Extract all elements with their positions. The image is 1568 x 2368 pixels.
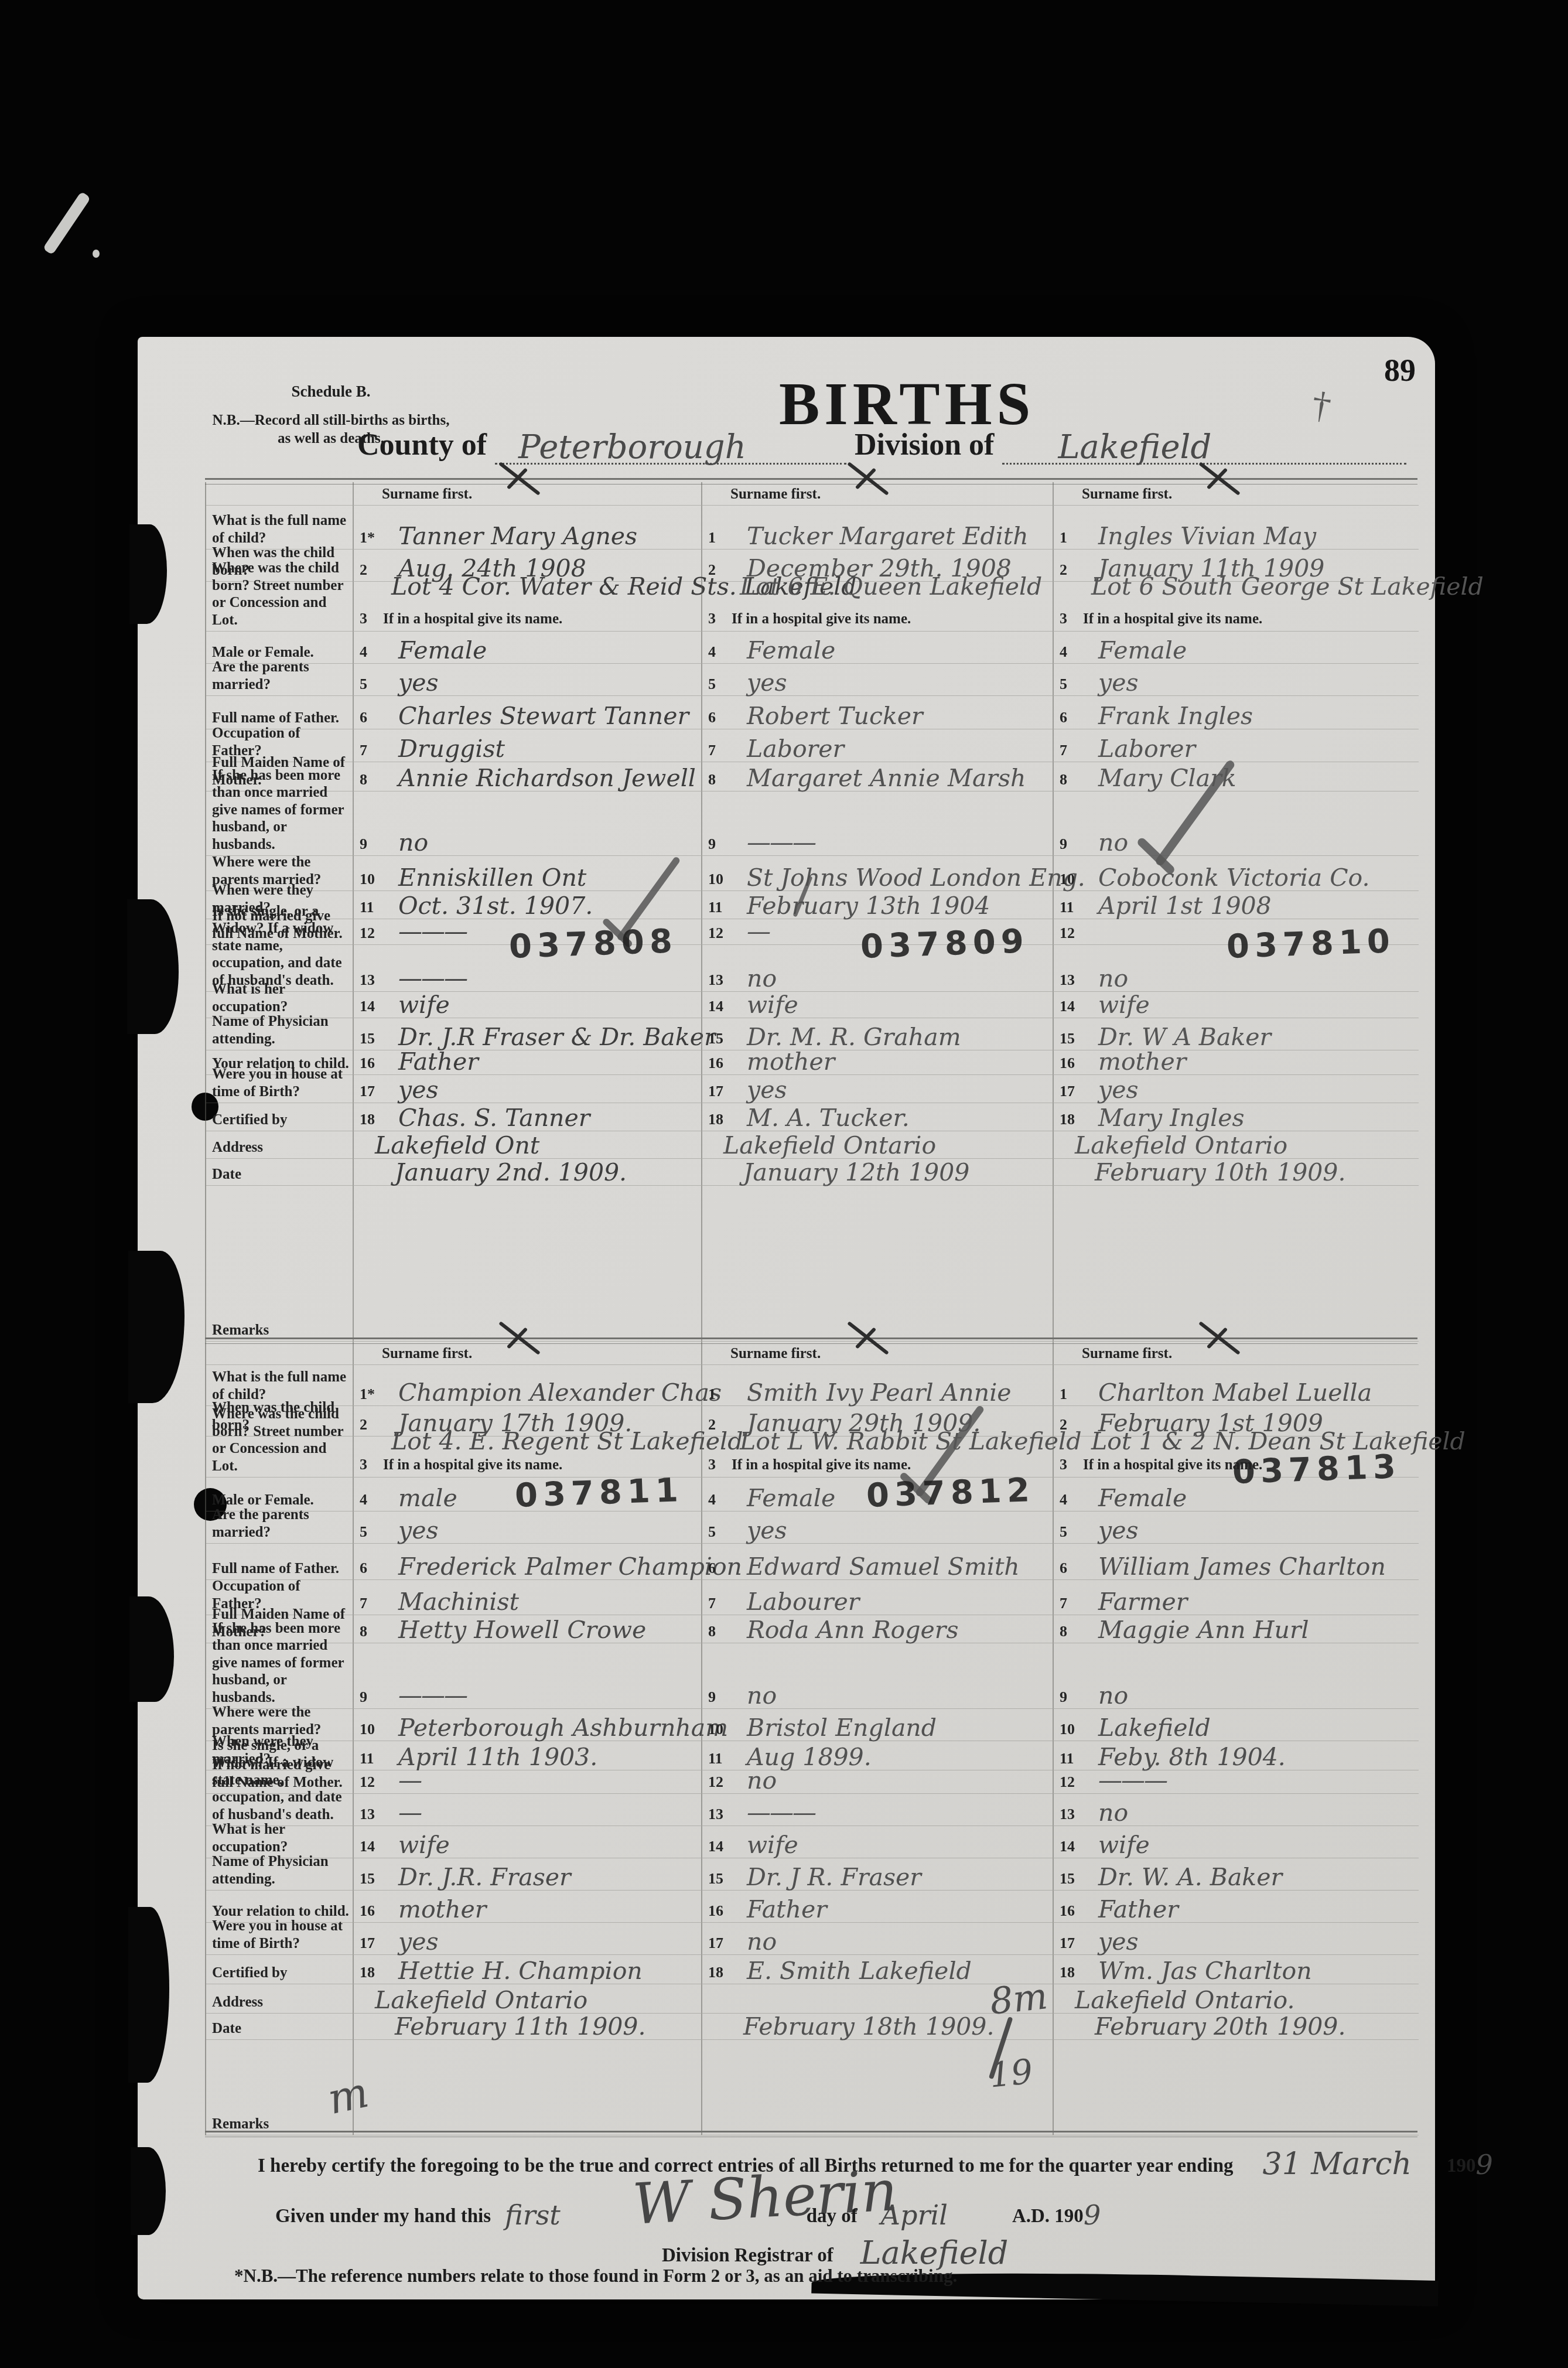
record-cell-037808-r14: 14wife xyxy=(353,992,701,1018)
record-cell-037809-r5: 5yes xyxy=(701,664,1053,696)
record-cell-037809-r15: 15Dr. M. R. Graham xyxy=(701,1018,1053,1050)
table-grid: Surname first.Surname first.Surname firs… xyxy=(206,482,1419,1342)
row-label: Were you in house at time of Birth? xyxy=(212,1066,353,1100)
field-value-r5: yes xyxy=(747,668,787,697)
record-cell-037810-r6: 6Frank Ingles xyxy=(1053,696,1419,729)
registration-stamp: 037812 xyxy=(866,1471,1036,1515)
table-grid: Surname first.Surname first.Surname firs… xyxy=(206,1342,1419,2135)
row-number: 1* xyxy=(360,1386,383,1403)
row-label-cell: Where was the child born? Street number … xyxy=(206,582,353,632)
field-value-r17: yes xyxy=(1098,1076,1138,1104)
record-cell-037813-r7: 7Farmer xyxy=(1053,1580,1419,1615)
field-value-r7: Druggist xyxy=(398,735,505,763)
hospital-note: 3If in a hospital give its name. xyxy=(360,1456,562,1473)
field-value-r10: Peterborough Ashburnham xyxy=(398,1714,728,1742)
row-label: Address xyxy=(212,1994,263,2011)
row-label: What is the full name of child? xyxy=(212,1369,353,1403)
row-number: 17 xyxy=(1060,1083,1083,1100)
record-cell-037811-remarks xyxy=(353,2040,701,2135)
row-number: 8 xyxy=(1060,1623,1083,1640)
field-value-r9: no xyxy=(1098,828,1128,857)
field-value-r1: Champion Alexander Chas xyxy=(398,1379,722,1407)
row-label-cell: Were you in house at time of Birth? xyxy=(206,1923,353,1955)
row-label-cell: What is the full name of child? xyxy=(206,506,353,550)
field-value-r17: no xyxy=(747,1927,777,1956)
row-number: 3 xyxy=(708,1456,732,1473)
field-value-date: January 12th 1909 xyxy=(743,1158,969,1186)
row-number: 15 xyxy=(1060,1030,1083,1047)
field-value-r6: William James Charlton xyxy=(1098,1552,1386,1581)
record-cell-037811-r8: 8Hetty Howell Crowe xyxy=(353,1615,701,1643)
field-value-r12: no xyxy=(747,1766,777,1794)
record-cell-037810-date: February 10th 1909. xyxy=(1053,1159,1419,1186)
row-number: 5 xyxy=(1060,1523,1083,1541)
record-cell-037808-r13: 13———037808 xyxy=(353,945,701,992)
record-cell-037810-r16: 16mother xyxy=(1053,1050,1419,1075)
field-value-date: February 20th 1909. xyxy=(1095,2012,1345,2041)
surname-first-label: Surname first. xyxy=(382,1346,472,1362)
record-cell-037812-r10: 10Bristol England xyxy=(701,1709,1053,1741)
row-label: Where was the child born? Street number … xyxy=(212,1405,353,1475)
birthplace-cell: Lot 6 South George St Lakefield3If in a … xyxy=(1060,582,1419,629)
record-cell-037810-r17: 17yes xyxy=(1053,1075,1419,1103)
hospital-note-text: If in a hospital give its name. xyxy=(732,1457,911,1473)
field-value-r13: no xyxy=(747,964,777,992)
field-value-r17: yes xyxy=(1098,1927,1138,1956)
scanned-birth-register: 89 † Schedule B. N.B.—Record all still-b… xyxy=(0,0,1568,2368)
registration-table-1: Surname first.Surname first.Surname firs… xyxy=(205,482,1419,1342)
record-cell-037812-r14: 14wife xyxy=(701,1826,1053,1858)
record-cell-037809-r1: 1Tucker Margaret Edith xyxy=(701,506,1053,550)
row-number: 16 xyxy=(1060,1055,1083,1072)
registration-table-2: Surname first.Surname first.Surname firs… xyxy=(205,1342,1419,2135)
pencil-x-mark xyxy=(499,464,537,494)
field-value-r7: Machinist xyxy=(398,1588,519,1616)
record-cell-037809-r6: 6Robert Tucker xyxy=(701,696,1053,729)
record-cell-037808-r8: 8Annie Richardson Jewell xyxy=(353,762,701,791)
row-number: 15 xyxy=(708,1870,732,1888)
field-value-r14: wife xyxy=(747,991,798,1019)
row-number: 14 xyxy=(360,1838,383,1855)
row-number: 6 xyxy=(1060,1560,1083,1577)
row-number: 3 xyxy=(360,1456,383,1473)
field-value-r17: yes xyxy=(398,1076,438,1104)
field-value-r4: male xyxy=(398,1484,457,1512)
row-label-cell: Are the parents married? xyxy=(206,664,353,696)
row-number: 13 xyxy=(708,1806,732,1823)
record-cell-037813-r9: 9no xyxy=(1053,1643,1419,1709)
row-number: 7 xyxy=(708,742,732,759)
hospital-note: 3If in a hospital give its name. xyxy=(360,610,562,627)
row-number: 18 xyxy=(1060,1964,1083,1981)
birthplace-value: Lot 6 E. Queen Lakefield xyxy=(740,572,1042,600)
row-label: If she has been more than once married g… xyxy=(212,1620,353,1707)
surname-first-label: Surname first. xyxy=(730,486,821,503)
field-value-r12: — xyxy=(398,1766,421,1794)
row-number: 5 xyxy=(708,675,732,693)
row-number: 4 xyxy=(1060,643,1083,661)
record-cell-037808-surname: Surname first. xyxy=(353,482,701,506)
field-value-r15: Dr. W. A. Baker xyxy=(1098,1863,1282,1891)
field-value-address: Lakefield Ontario xyxy=(375,1986,587,2014)
division-label: Division of xyxy=(855,428,994,462)
field-value-date: February 11th 1909. xyxy=(395,2012,645,2041)
row-number: 5 xyxy=(708,1523,732,1541)
field-value-r8: Roda Ann Rogers xyxy=(747,1616,958,1644)
record-cell-037812-r5: 5yes xyxy=(701,1511,1053,1544)
record-cell-037812-r17: 17no xyxy=(701,1923,1053,1955)
quarter-ending-value: 31 March xyxy=(1263,2147,1412,2182)
record-cell-037809-r16: 16mother xyxy=(701,1050,1053,1075)
row-number: 12 xyxy=(360,1773,383,1791)
record-cell-037810-r18: 18Mary Ingles xyxy=(1053,1103,1419,1131)
record-cell-037811-address: Lakefield Ontario xyxy=(353,1984,701,2014)
registration-stamp: 037808 xyxy=(508,922,678,966)
record-cell-037811-r12: 12— xyxy=(353,1770,701,1794)
field-value-r1: Charlton Mabel Luella xyxy=(1098,1379,1372,1407)
day-of-text: day of xyxy=(807,2206,858,2227)
row-label-cell xyxy=(206,1342,353,1365)
record-cell-037809-r11: 11February 13th 1904 xyxy=(701,891,1053,919)
field-value-r12: ——— xyxy=(1098,1766,1167,1794)
row-number: 10 xyxy=(1060,1721,1083,1738)
field-value-r17: yes xyxy=(398,1927,438,1956)
record-cell-037811-r1: 1*Champion Alexander Chas xyxy=(353,1365,701,1406)
day-value: first xyxy=(505,2199,561,2231)
record-cell-037812-r9: 9no xyxy=(701,1643,1053,1709)
row-number: 6 xyxy=(360,709,383,726)
row-label: What is her occupation? xyxy=(212,981,353,1015)
field-value-r1: Tucker Margaret Edith xyxy=(747,522,1029,550)
row-label: Where was the child born? Street number … xyxy=(212,559,353,629)
row-number: 18 xyxy=(360,1964,383,1981)
field-value-r5: yes xyxy=(398,1516,438,1544)
row-number: 6 xyxy=(1060,709,1083,726)
row-number: 5 xyxy=(360,675,383,693)
row-label: Name of Physician attending. xyxy=(212,1013,353,1047)
field-value-r14: wife xyxy=(1098,991,1150,1019)
record-cell-037810-r11: 11April 1st 1908 xyxy=(1053,891,1419,919)
film-scratch xyxy=(43,191,91,255)
row-number: 11 xyxy=(1060,1750,1083,1768)
row-label-cell: Remarks xyxy=(206,1186,353,1342)
row-label: Are the parents married? xyxy=(212,658,353,693)
row-number: 15 xyxy=(360,1870,383,1888)
row-number: 4 xyxy=(708,643,732,661)
record-cell-037810-r8: 8Mary Clark xyxy=(1053,762,1419,791)
row-number: 14 xyxy=(708,1838,732,1855)
row-label-cell: If she has been more than once married g… xyxy=(206,1643,353,1709)
record-cell-037811-r13: 13— xyxy=(353,1794,701,1826)
row-number: 8 xyxy=(708,1623,732,1640)
row-label: Is she single, or a Widow? If a widow st… xyxy=(212,1737,353,1824)
row-number: 5 xyxy=(360,1523,383,1541)
birthplace-value: Lot 6 South George St Lakefield xyxy=(1091,572,1484,600)
pencil-dagger-mark: † xyxy=(1309,383,1334,428)
row-number: 14 xyxy=(1060,1838,1083,1855)
record-cell-037811-r6: 6Frederick Palmer Champion xyxy=(353,1544,701,1580)
record-cell-037812-r16: 16Father xyxy=(701,1891,1053,1923)
row-number: 11 xyxy=(708,899,732,916)
film-scratch-dot xyxy=(93,250,100,258)
field-value-date: January 2nd. 1909. xyxy=(395,1158,627,1186)
field-value-r13: ——— xyxy=(747,1799,815,1827)
record-cell-037811-r17: 17yes xyxy=(353,1923,701,1955)
birthplace-cell: Lot 6 E. Queen Lakefield3If in a hospita… xyxy=(708,582,1053,629)
field-value-r18: Wm. Jas Charlton xyxy=(1098,1957,1312,1985)
hospital-note: 3If in a hospital give its name. xyxy=(1060,610,1262,627)
birthplace-cell: Lot 4 Cor. Water & Reid Sts. Lakefield3I… xyxy=(360,582,701,629)
row-number: 13 xyxy=(360,971,383,989)
record-cell-037810-r15: 15Dr. W A Baker xyxy=(1053,1018,1419,1050)
year-hand: 9 xyxy=(1476,2149,1493,2181)
record-cell-037809-r13: 13no037809 xyxy=(701,945,1053,992)
given-under-hand-line: Given under my hand this first day of Ap… xyxy=(275,2197,1101,2229)
field-value-r8: Annie Richardson Jewell xyxy=(398,764,696,792)
row-number: 18 xyxy=(708,1111,732,1128)
surname-first-label: Surname first. xyxy=(1082,486,1172,503)
pencil-x-mark xyxy=(499,1323,537,1354)
field-value-address: Lakefield Ontario xyxy=(1075,1131,1287,1159)
record-cell-037812-r15: 15Dr. J R. Fraser xyxy=(701,1858,1053,1891)
record-cell-037809-address: Lakefield Ontario xyxy=(701,1131,1053,1159)
field-value-r18: E. Smith Lakefield xyxy=(747,1957,972,1985)
row-number: 14 xyxy=(708,998,732,1015)
field-value-r5: yes xyxy=(398,668,438,697)
row-number: 15 xyxy=(1060,1870,1083,1888)
record-cell-037810-remarks xyxy=(1053,1186,1419,1342)
row-number: 4 xyxy=(708,1491,732,1509)
field-value-r1: Ingles Vivian May xyxy=(1098,522,1316,550)
register-page: 89 † Schedule B. N.B.—Record all still-b… xyxy=(138,337,1435,2299)
record-cell-037810-address: Lakefield Ontario xyxy=(1053,1131,1419,1159)
record-cell-037813-r18: 18Wm. Jas Charlton xyxy=(1053,1955,1419,1984)
row-number: 18 xyxy=(1060,1111,1083,1128)
record-cell-037813-r4: 4Female037813 xyxy=(1053,1478,1419,1511)
record-cell-037808-r1: 1*Tanner Mary Agnes xyxy=(353,506,701,550)
field-value-r8: Hetty Howell Crowe xyxy=(398,1616,646,1644)
pencil-x-mark xyxy=(848,1323,885,1354)
row-number: 17 xyxy=(1060,1934,1083,1952)
surname-first-label: Surname first. xyxy=(730,1346,821,1362)
row-label-cell: Date xyxy=(206,2014,353,2040)
field-value-address: Lakefield Ontario xyxy=(723,1131,936,1159)
hospital-note-text: If in a hospital give its name. xyxy=(1083,611,1262,627)
row-number: 4 xyxy=(360,1491,383,1509)
row-label: Date xyxy=(212,2020,241,2038)
pencil-fraction-mark: 8m 19 xyxy=(988,1974,1049,2023)
row-label-cell: Certified by xyxy=(206,1955,353,1984)
record-cell-037811-r16: 16mother xyxy=(353,1891,701,1923)
record-cell-037808-r16: 16Father xyxy=(353,1050,701,1075)
field-value-r1: Smith Ivy Pearl Annie xyxy=(747,1379,1012,1407)
field-value-r14: wife xyxy=(747,1831,798,1859)
record-cell-037813-r10: 10Lakefield xyxy=(1053,1709,1419,1741)
field-value-r8: Margaret Annie Marsh xyxy=(747,764,1026,792)
row-label: Certified by xyxy=(212,1111,287,1129)
field-value-r18: Mary Ingles xyxy=(1098,1104,1244,1132)
row-number: 11 xyxy=(360,1750,383,1768)
field-value-r13: no xyxy=(1098,964,1128,992)
record-cell-037808-r4: 4Female xyxy=(353,632,701,664)
birthplace-value: Lot 1 & 2 N. Dean St Lakefield xyxy=(1091,1427,1465,1455)
row-number: 9 xyxy=(708,1688,732,1706)
row-number: 6 xyxy=(708,709,732,726)
row-label: Name of Physician attending. xyxy=(212,1853,353,1888)
row-number: 18 xyxy=(360,1111,383,1128)
record-cell-037808-address: Lakefield Ont xyxy=(353,1131,701,1159)
row-number: 7 xyxy=(360,1595,383,1612)
record-cell-037809-r4: 4Female xyxy=(701,632,1053,664)
field-value-r15: Dr. W A Baker xyxy=(1098,1023,1271,1051)
record-cell-037813-remarks xyxy=(1053,2040,1419,2135)
field-value-r4: Female xyxy=(1098,636,1187,664)
row-label: Address xyxy=(212,1139,263,1156)
record-cell-037813-r5: 5yes xyxy=(1053,1511,1419,1544)
row-number: 11 xyxy=(708,1750,732,1768)
field-value-r10: Coboconk Victoria Co. xyxy=(1098,864,1370,892)
record-cell-037811-date: February 11th 1909. xyxy=(353,2014,701,2040)
record-cell-037808-r3: Lot 4 Cor. Water & Reid Sts. Lakefield3I… xyxy=(353,582,701,632)
field-value-r7: Labourer xyxy=(747,1588,859,1616)
field-value-r5: yes xyxy=(1098,668,1138,697)
field-value-r10: Enniskillen Ont xyxy=(398,864,586,892)
record-cell-037810-r10: 10Coboconk Victoria Co. xyxy=(1053,856,1419,891)
row-number: 12 xyxy=(708,1773,732,1791)
row-label-cell: Date xyxy=(206,1159,353,1186)
row-label-cell: Address xyxy=(206,1984,353,2014)
record-cell-037812-r1: 1Smith Ivy Pearl Annie xyxy=(701,1365,1053,1406)
field-value-r4: Female xyxy=(747,636,835,664)
row-number: 9 xyxy=(708,835,732,853)
record-cell-037811-r14: 14wife xyxy=(353,1826,701,1858)
field-value-r7: Laborer xyxy=(747,735,844,763)
row-number: 13 xyxy=(708,971,732,989)
field-value-r4: Female xyxy=(747,1484,835,1512)
record-cell-037811-r7: 7Machinist xyxy=(353,1580,701,1615)
field-value-r5: yes xyxy=(747,1516,787,1544)
field-value-r10: St Johns Wood London Eng. xyxy=(747,864,1085,892)
field-value-r4: Female xyxy=(398,636,487,664)
row-number: 7 xyxy=(1060,742,1083,759)
hospital-note: 3If in a hospital give its name. xyxy=(708,1456,911,1473)
row-label: Remarks xyxy=(212,1322,269,1339)
field-value-r12: ——— xyxy=(398,917,467,946)
row-label: Full name of Father. xyxy=(212,1560,339,1578)
row-number: 16 xyxy=(708,1055,732,1072)
row-number: 1 xyxy=(708,1386,732,1403)
record-cell-037808-r11: 11Oct. 31st. 1907. xyxy=(353,891,701,919)
record-cell-037810-r1: 1Ingles Vivian May xyxy=(1053,506,1419,550)
record-cell-037809-remarks xyxy=(701,1186,1053,1342)
row-number: 7 xyxy=(360,742,383,759)
field-value-r7: Farmer xyxy=(1098,1588,1187,1616)
row-number: 14 xyxy=(360,998,383,1015)
field-value-r8: Maggie Ann Hurl xyxy=(1098,1616,1309,1644)
row-number: 9 xyxy=(1060,1688,1083,1706)
field-value-r16: mother xyxy=(398,1895,486,1923)
county-value: Peterborough xyxy=(518,428,746,466)
row-number: 3 xyxy=(708,610,732,627)
record-cell-037811-r9: 9——— xyxy=(353,1643,701,1709)
year-printed: 190 xyxy=(1447,2155,1476,2177)
pencil-x-mark xyxy=(1199,1323,1236,1354)
record-cell-037810-r3: Lot 6 South George St Lakefield3If in a … xyxy=(1053,582,1419,632)
row-number: 12 xyxy=(1060,924,1083,942)
record-cell-037812-r4: 4Female037812 xyxy=(701,1478,1053,1511)
row-number: 17 xyxy=(708,1083,732,1100)
record-cell-037813-surname: Surname first. xyxy=(1053,1342,1419,1365)
field-value-r16: mother xyxy=(747,1047,835,1076)
field-value-r14: wife xyxy=(1098,1831,1150,1859)
row-number: 1 xyxy=(708,529,732,547)
row-number: 8 xyxy=(360,1623,383,1640)
registration-stamp: 037813 xyxy=(1232,1448,1402,1492)
field-value-r9: no xyxy=(747,1681,777,1710)
field-value-r16: Father xyxy=(1098,1895,1178,1923)
field-value-r15: Dr. J R. Fraser xyxy=(747,1863,921,1891)
record-cell-037808-remarks xyxy=(353,1186,701,1342)
county-division-line: County of Peterborough Division of Lakef… xyxy=(357,425,1406,465)
record-cell-037810-r9: 9no xyxy=(1053,791,1419,856)
record-cell-037808-date: January 2nd. 1909. xyxy=(353,1159,701,1186)
birthplace-value: Lot 4. E. Regent St Lakefield xyxy=(391,1427,743,1455)
row-number: 2 xyxy=(360,1416,383,1434)
field-value-r13: ——— xyxy=(398,964,467,992)
field-value-r18: Chas. S. Tanner xyxy=(398,1104,590,1132)
field-value-date: February 10th 1909. xyxy=(1095,1158,1345,1186)
row-number: 12 xyxy=(708,924,732,942)
field-value-r6: Charles Stewart Tanner xyxy=(398,702,689,730)
row-number: 16 xyxy=(1060,1902,1083,1920)
record-cell-037811-r10: 10Peterborough Ashburnham xyxy=(353,1709,701,1741)
row-label-cell: Were you in house at time of Birth? xyxy=(206,1075,353,1103)
row-number: 18 xyxy=(708,1964,732,1981)
field-value-r17: yes xyxy=(747,1076,787,1104)
record-cell-037808-r10: 10Enniskillen Ont xyxy=(353,856,701,891)
row-label: Is she single, or a Widow? If a widow st… xyxy=(212,903,353,989)
row-label-cell: Address xyxy=(206,1131,353,1159)
field-value-r13: — xyxy=(398,1799,421,1827)
field-value-r9: ——— xyxy=(747,828,815,857)
row-label: Certified by xyxy=(212,1964,287,1982)
field-value-r9: ——— xyxy=(398,1681,467,1710)
ad-text: A.D. 190 xyxy=(1012,2206,1084,2227)
birthplace-cell: Lot 4. E. Regent St Lakefield3If in a ho… xyxy=(360,1437,701,1475)
record-cell-037813-r16: 16Father xyxy=(1053,1891,1419,1923)
field-value-address: Lakefield Ont xyxy=(375,1131,539,1159)
table-bottom-rule xyxy=(205,2131,1417,2137)
row-number: 17 xyxy=(360,1083,383,1100)
record-cell-037810-r13: 13no037810 xyxy=(1053,945,1419,992)
division-registrar-line: Division Registrar of Lakefield xyxy=(662,2232,1008,2269)
record-cell-037811-r5: 5yes xyxy=(353,1511,701,1544)
field-value-r15: Dr. J.R Fraser & Dr. Baker xyxy=(398,1023,716,1051)
row-label-cell: Full name of Father. xyxy=(206,1544,353,1580)
row-number: 11 xyxy=(360,899,383,916)
field-value-r9: no xyxy=(398,828,428,857)
row-label: What is her occupation? xyxy=(212,1821,353,1855)
field-value-r13: no xyxy=(1098,1799,1128,1827)
page-number: 89 xyxy=(1384,352,1416,388)
record-cell-037808-r17: 17yes xyxy=(353,1075,701,1103)
ad-year-value: 9 xyxy=(1084,2199,1101,2231)
row-number: 8 xyxy=(1060,771,1083,789)
field-value-r14: wife xyxy=(398,991,450,1019)
field-value-r6: Frank Ingles xyxy=(1098,702,1253,730)
row-number: 11 xyxy=(1060,899,1083,916)
record-cell-037813-date: February 20th 1909. xyxy=(1053,2014,1419,2040)
